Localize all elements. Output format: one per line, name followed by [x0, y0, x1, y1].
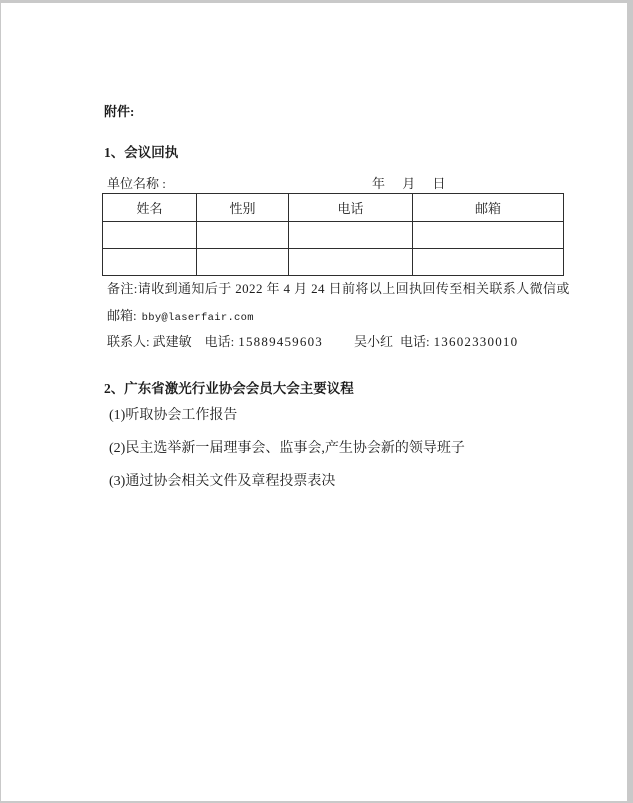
contact1-phone-number: 15889459603: [238, 334, 323, 349]
contacts-line: 联系人:武建敏电话:15889459603吴小红电话:13602330010: [107, 334, 518, 350]
table-header-phone: 电话: [289, 194, 413, 222]
table-cell-empty: [289, 222, 413, 249]
table-row: [103, 222, 564, 249]
agenda-item-3: (3)通过协会相关文件及章程投票表决: [109, 473, 335, 490]
date-month-label: 月: [402, 176, 415, 192]
table-cell-empty: [197, 249, 289, 276]
table-row: [103, 249, 564, 276]
table-header-name: 姓名: [103, 194, 197, 222]
contact2-phone-number: 13602330010: [434, 334, 519, 349]
remark-text: 备注:请收到通知后于 2022 年 4 月 24 日前将以上回执回传至相关联系人…: [107, 281, 570, 297]
table-cell-empty: [103, 249, 197, 276]
email-label: 邮箱:: [107, 308, 137, 323]
table-header-email: 邮箱: [413, 194, 564, 222]
date-line: 年 月 日: [372, 176, 446, 192]
agenda-item-1: (1)听取协会工作报告: [109, 407, 237, 424]
table-cell-empty: [413, 249, 564, 276]
contact2-phone-label: 电话:: [400, 334, 430, 349]
date-day-label: 日: [433, 176, 446, 192]
attachment-label: 附件:: [104, 104, 134, 120]
date-year-label: 年: [372, 176, 385, 192]
receipt-table: 姓名 性别 电话 邮箱: [102, 193, 564, 276]
table-header-gender: 性别: [197, 194, 289, 222]
section-title-agenda: 2、广东省激光行业协会会员大会主要议程: [104, 380, 354, 397]
document-page: 附件: 1、会议回执 单位名称 : 年 月 日 姓名 性别 电话 邮箱: [1, 3, 627, 801]
table-cell-empty: [197, 222, 289, 249]
table-cell-empty: [103, 222, 197, 249]
section-title-receipt: 1、会议回执: [104, 144, 178, 161]
email-value: bby@laserfair.com: [142, 312, 254, 324]
email-line: 邮箱:bby@laserfair.com: [107, 308, 254, 326]
contact1-phone-label: 电话:: [205, 334, 235, 349]
contacts-label: 联系人:: [107, 334, 150, 349]
contact2-name: 吴小红: [354, 334, 393, 349]
contact1-name: 武建敏: [153, 334, 192, 349]
agenda-item-2: (2)民主选举新一届理事会、监事会,产生协会新的领导班子: [109, 440, 465, 457]
table-cell-empty: [289, 249, 413, 276]
table-cell-empty: [413, 222, 564, 249]
unit-name-label: 单位名称 :: [107, 176, 166, 192]
table-header-row: 姓名 性别 电话 邮箱: [103, 194, 564, 222]
